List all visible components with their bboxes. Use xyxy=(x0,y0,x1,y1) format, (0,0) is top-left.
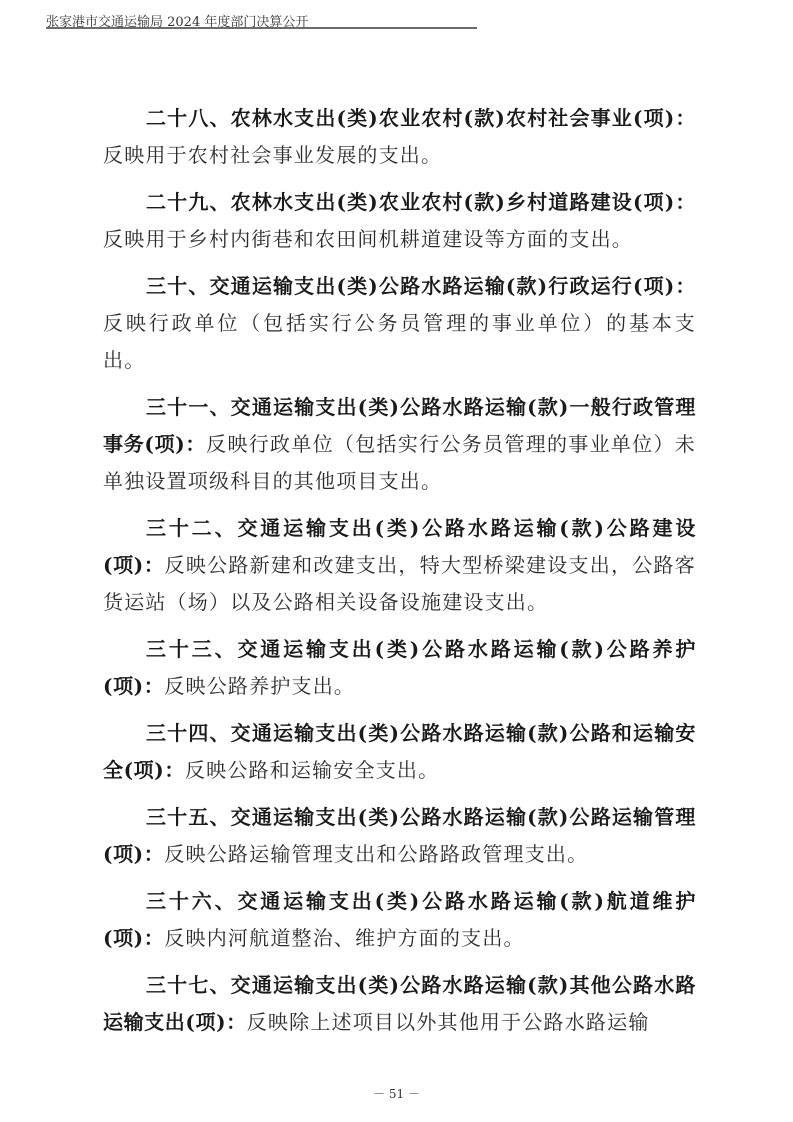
paragraph-37: 三十七、交通运输支出(类)公路水路运输(款)其他公路水路运输支出(项)：反映除上… xyxy=(103,967,696,1041)
paragraph-30: 三十、交通运输支出(类)公路水路运输(款)行政运行(项)：反映行政单位（包括实行… xyxy=(103,268,696,379)
page-number: － 51 － xyxy=(0,1085,793,1102)
item-description: 反映内河航道整治、维护方面的支出。 xyxy=(164,926,524,950)
item-description: 反映公路运输管理支出和公路路政管理支出。 xyxy=(164,842,588,866)
paragraph-29: 二十九、农林水支出(类)农业农村(款)乡村道路建设(项)：反映用于乡村内街巷和农… xyxy=(103,184,696,258)
item-heading: 三十、交通运输支出(类)公路水路运输(款)行政运行(项)： xyxy=(146,274,696,298)
item-description: 反映公路养护支出。 xyxy=(164,674,355,698)
item-description: 反映公路和运输安全支出。 xyxy=(185,758,439,782)
item-heading: 二十八、农林水支出(类)农业农村(款)农村社会事业(项)： xyxy=(146,106,696,130)
paragraph-36: 三十六、交通运输支出(类)公路水路运输(款)航道维护(项)：反映内河航道整治、维… xyxy=(103,883,696,957)
item-description: 反映公路新建和改建支出，特大型桥梁建设支出，公路客货运站（场）以及公路相关设备设… xyxy=(103,553,696,614)
paragraph-33: 三十三、交通运输支出(类)公路水路运输(款)公路养护(项)：反映公路养护支出。 xyxy=(103,631,696,705)
paragraph-35: 三十五、交通运输支出(类)公路水路运输(款)公路运输管理(项)：反映公路运输管理… xyxy=(103,799,696,873)
item-description: 反映用于农村社会事业发展的支出。 xyxy=(103,143,442,167)
header-divider xyxy=(46,27,477,29)
item-description: 反映用于乡村内街巷和农田间机耕道建设等方面的支出。 xyxy=(103,227,633,251)
paragraph-32: 三十二、交通运输支出(类)公路水路运输(款)公路建设(项)：反映公路新建和改建支… xyxy=(103,510,696,621)
paragraph-28: 二十八、农林水支出(类)农业农村(款)农村社会事业(项)：反映用于农村社会事业发… xyxy=(103,100,696,174)
item-description: 反映行政单位（包括实行公务员管理的事业单位）的基本支出。 xyxy=(103,311,696,372)
paragraph-34: 三十四、交通运输支出(类)公路水路运输(款)公路和运输安全(项)：反映公路和运输… xyxy=(103,715,696,789)
document-body: 二十八、农林水支出(类)农业农村(款)农村社会事业(项)：反映用于农村社会事业发… xyxy=(103,100,696,1051)
item-description: 反映除上述项目以外其他用于公路水路运输 xyxy=(247,1010,650,1034)
paragraph-31: 三十一、交通运输支出(类)公路水路运输(款)一般行政管理事务(项)：反映行政单位… xyxy=(103,389,696,500)
item-heading: 二十九、农林水支出(类)农业农村(款)乡村道路建设(项)： xyxy=(146,190,696,214)
